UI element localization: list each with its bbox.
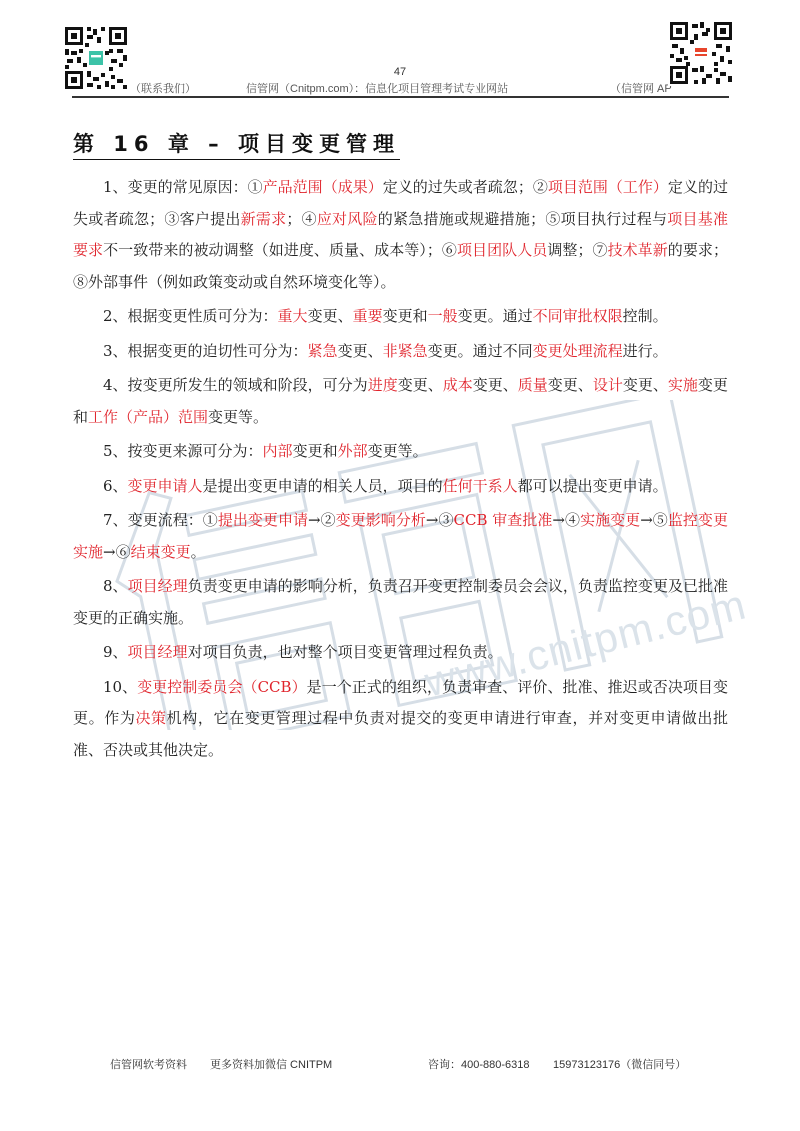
highlighted-term: 变更影响分析 xyxy=(336,511,426,529)
body-text: 变更、 xyxy=(398,376,443,394)
body-text: 10、 xyxy=(103,678,137,696)
highlighted-term: 技术革新 xyxy=(608,241,668,259)
list-item-7: 7、变更流程：①提出变更申请→②变更影响分析→③CCB 审查批准→④实施变更→⑤… xyxy=(73,505,728,568)
highlighted-term: 成本 xyxy=(443,376,473,394)
highlighted-term: 变更控制委员会（CCB） xyxy=(137,678,306,696)
body-text: 变更。通过不同 xyxy=(428,342,533,360)
body-text: →⑥ xyxy=(103,543,131,561)
footer-wechat-number: 15973123176（微信同号） xyxy=(553,1056,686,1072)
body-text: ；④ xyxy=(286,210,316,228)
site-caption: 信管网（Cnitpm.com）：信息化项目管理考试专业网站 xyxy=(246,80,508,96)
list-item-3: 3、根据变更的迫切性可分为：紧急变更、非紧急变更。通过不同变更处理流程进行。 xyxy=(73,336,728,368)
highlighted-term: 产品范围（成果） xyxy=(263,178,383,196)
body-text: 控制。 xyxy=(623,307,668,325)
body-text: 变更、 xyxy=(473,376,518,394)
app-caption: （信管网 AP xyxy=(610,80,672,96)
body-text: 变更和 xyxy=(293,442,338,460)
body-text: 定义的过失或者疏忽；② xyxy=(383,178,548,196)
highlighted-term: 提出变更申请 xyxy=(218,511,308,529)
body-text: 不一致带来的被动调整（如进度、质量、成本等）；⑥ xyxy=(103,241,457,259)
highlighted-term: 重大 xyxy=(278,307,308,325)
body-text: 变更、 xyxy=(338,342,383,360)
highlighted-term: 任何干系人 xyxy=(443,477,518,495)
highlighted-term: 变更申请人 xyxy=(128,477,203,495)
highlighted-term: 质量 xyxy=(518,376,548,394)
body-text: 6、 xyxy=(103,477,128,495)
body-text: →④ xyxy=(552,511,580,529)
body-text: 8、 xyxy=(103,577,128,595)
contact-caption: （联系我们） xyxy=(130,80,196,96)
header-rule xyxy=(72,96,729,98)
list-item-8: 8、项目经理负责变更申请的影响分析，负责召开变更控制委员会会议，负责监控变更及已… xyxy=(73,571,728,634)
chapter-content: 1、变更的常见原因：①产品范围（成果）定义的过失或者疏忽；②项目范围（工作）定义… xyxy=(73,172,728,769)
list-item-5: 5、按变更来源可分为：内部变更和外部变更等。 xyxy=(73,436,728,468)
body-text: 机构，它在变更管理过程中负责对提交的变更申请进行审查，并对变更申请做出批准、否决… xyxy=(73,709,728,759)
list-item-4: 4、按变更所发生的领域和阶段，可分为进度变更、成本变更、质量变更、设计变更、实施… xyxy=(73,370,728,433)
body-text: 5、按变更来源可分为： xyxy=(103,442,263,460)
list-item-1: 1、变更的常见原因：①产品范围（成果）定义的过失或者疏忽；②项目范围（工作）定义… xyxy=(73,172,728,298)
list-item-10: 10、变更控制委员会（CCB）是一个正式的组织，负责审查、评价、批准、推迟或否决… xyxy=(73,672,728,767)
highlighted-term: 内部 xyxy=(263,442,293,460)
body-text: 变更、 xyxy=(548,376,593,394)
highlighted-term: 实施变更 xyxy=(580,511,640,529)
body-text: 9、 xyxy=(103,643,128,661)
body-text: 4、按变更所发生的领域和阶段，可分为 xyxy=(103,376,368,394)
body-text: 变更。通过 xyxy=(458,307,533,325)
qr-code-icon xyxy=(63,25,129,91)
body-text: 的紧急措施或规避措施；⑤项目执行过程与 xyxy=(378,210,667,228)
highlighted-term: 决策 xyxy=(135,709,166,727)
body-text: 变更、 xyxy=(623,376,668,394)
body-text: 是提出变更申请的相关人员，项目的 xyxy=(203,477,443,495)
list-item-2: 2、根据变更性质可分为：重大变更、重要变更和一般变更。通过不同审批权限控制。 xyxy=(73,301,728,333)
qr-code-icon xyxy=(668,20,734,86)
body-text: 变更、 xyxy=(308,307,353,325)
highlighted-term: 工作（产品）范围 xyxy=(88,408,208,426)
list-item-6: 6、变更申请人是提出变更申请的相关人员，项目的任何干系人都可以提出变更申请。 xyxy=(73,471,728,503)
highlighted-term: 非紧急 xyxy=(383,342,428,360)
contact-qr-code xyxy=(63,25,129,91)
highlighted-term: 一般 xyxy=(428,307,458,325)
body-text: 3、根据变更的迫切性可分为： xyxy=(103,342,308,360)
highlighted-term: 实施 xyxy=(668,376,698,394)
body-text: →② xyxy=(308,511,336,529)
body-text: 变更等。 xyxy=(368,442,428,460)
footer-wechat-promo: 更多资料加微信 CNITPM xyxy=(210,1056,332,1072)
body-text: 对项目负责，也对整个项目变更管理过程负责。 xyxy=(188,643,503,661)
highlighted-term: 项目经理 xyxy=(128,643,188,661)
highlighted-term: 设计 xyxy=(593,376,623,394)
highlighted-term: 紧急 xyxy=(308,342,338,360)
body-text: 都可以提出变更申请。 xyxy=(518,477,668,495)
highlighted-term: CCB 审查批准 xyxy=(454,511,553,529)
body-text: 变更和 xyxy=(383,307,428,325)
highlighted-term: 不同审批权限 xyxy=(533,307,623,325)
body-text: →⑤ xyxy=(640,511,668,529)
highlighted-term: 变更处理流程 xyxy=(533,342,623,360)
highlighted-term: 重要 xyxy=(353,307,383,325)
highlighted-term: 结束变更 xyxy=(131,543,191,561)
footer-phone: 咨询：400-880-6318 xyxy=(428,1056,530,1072)
footer-brand: 信管网软考资料 xyxy=(110,1056,187,1072)
body-text: 1、变更的常见原因：① xyxy=(103,178,263,196)
highlighted-term: 应对风险 xyxy=(317,210,378,228)
list-item-9: 9、项目经理对项目负责，也对整个项目变更管理过程负责。 xyxy=(73,637,728,669)
chapter-title: 第 16 章 – 项目变更管理 xyxy=(73,128,400,160)
highlighted-term: 项目经理 xyxy=(128,577,188,595)
body-text: →③ xyxy=(426,511,454,529)
page-header: 47 （联系我们） 信管网（Cnitpm.com）：信息化项目管理考试专业网站 … xyxy=(0,0,800,100)
body-text: 进行。 xyxy=(623,342,668,360)
highlighted-term: 进度 xyxy=(368,376,398,394)
body-text: 。 xyxy=(191,543,206,561)
app-qr-code xyxy=(668,20,734,86)
body-text: 2、根据变更性质可分为： xyxy=(103,307,278,325)
highlighted-term: 项目团队人员 xyxy=(457,241,547,259)
body-text: 7、变更流程：① xyxy=(103,511,218,529)
body-text: 变更等。 xyxy=(208,408,268,426)
highlighted-term: 外部 xyxy=(338,442,368,460)
highlighted-term: 项目范围（工作） xyxy=(548,178,668,196)
body-text: 调整；⑦ xyxy=(547,241,607,259)
highlighted-term: 新需求 xyxy=(241,210,287,228)
